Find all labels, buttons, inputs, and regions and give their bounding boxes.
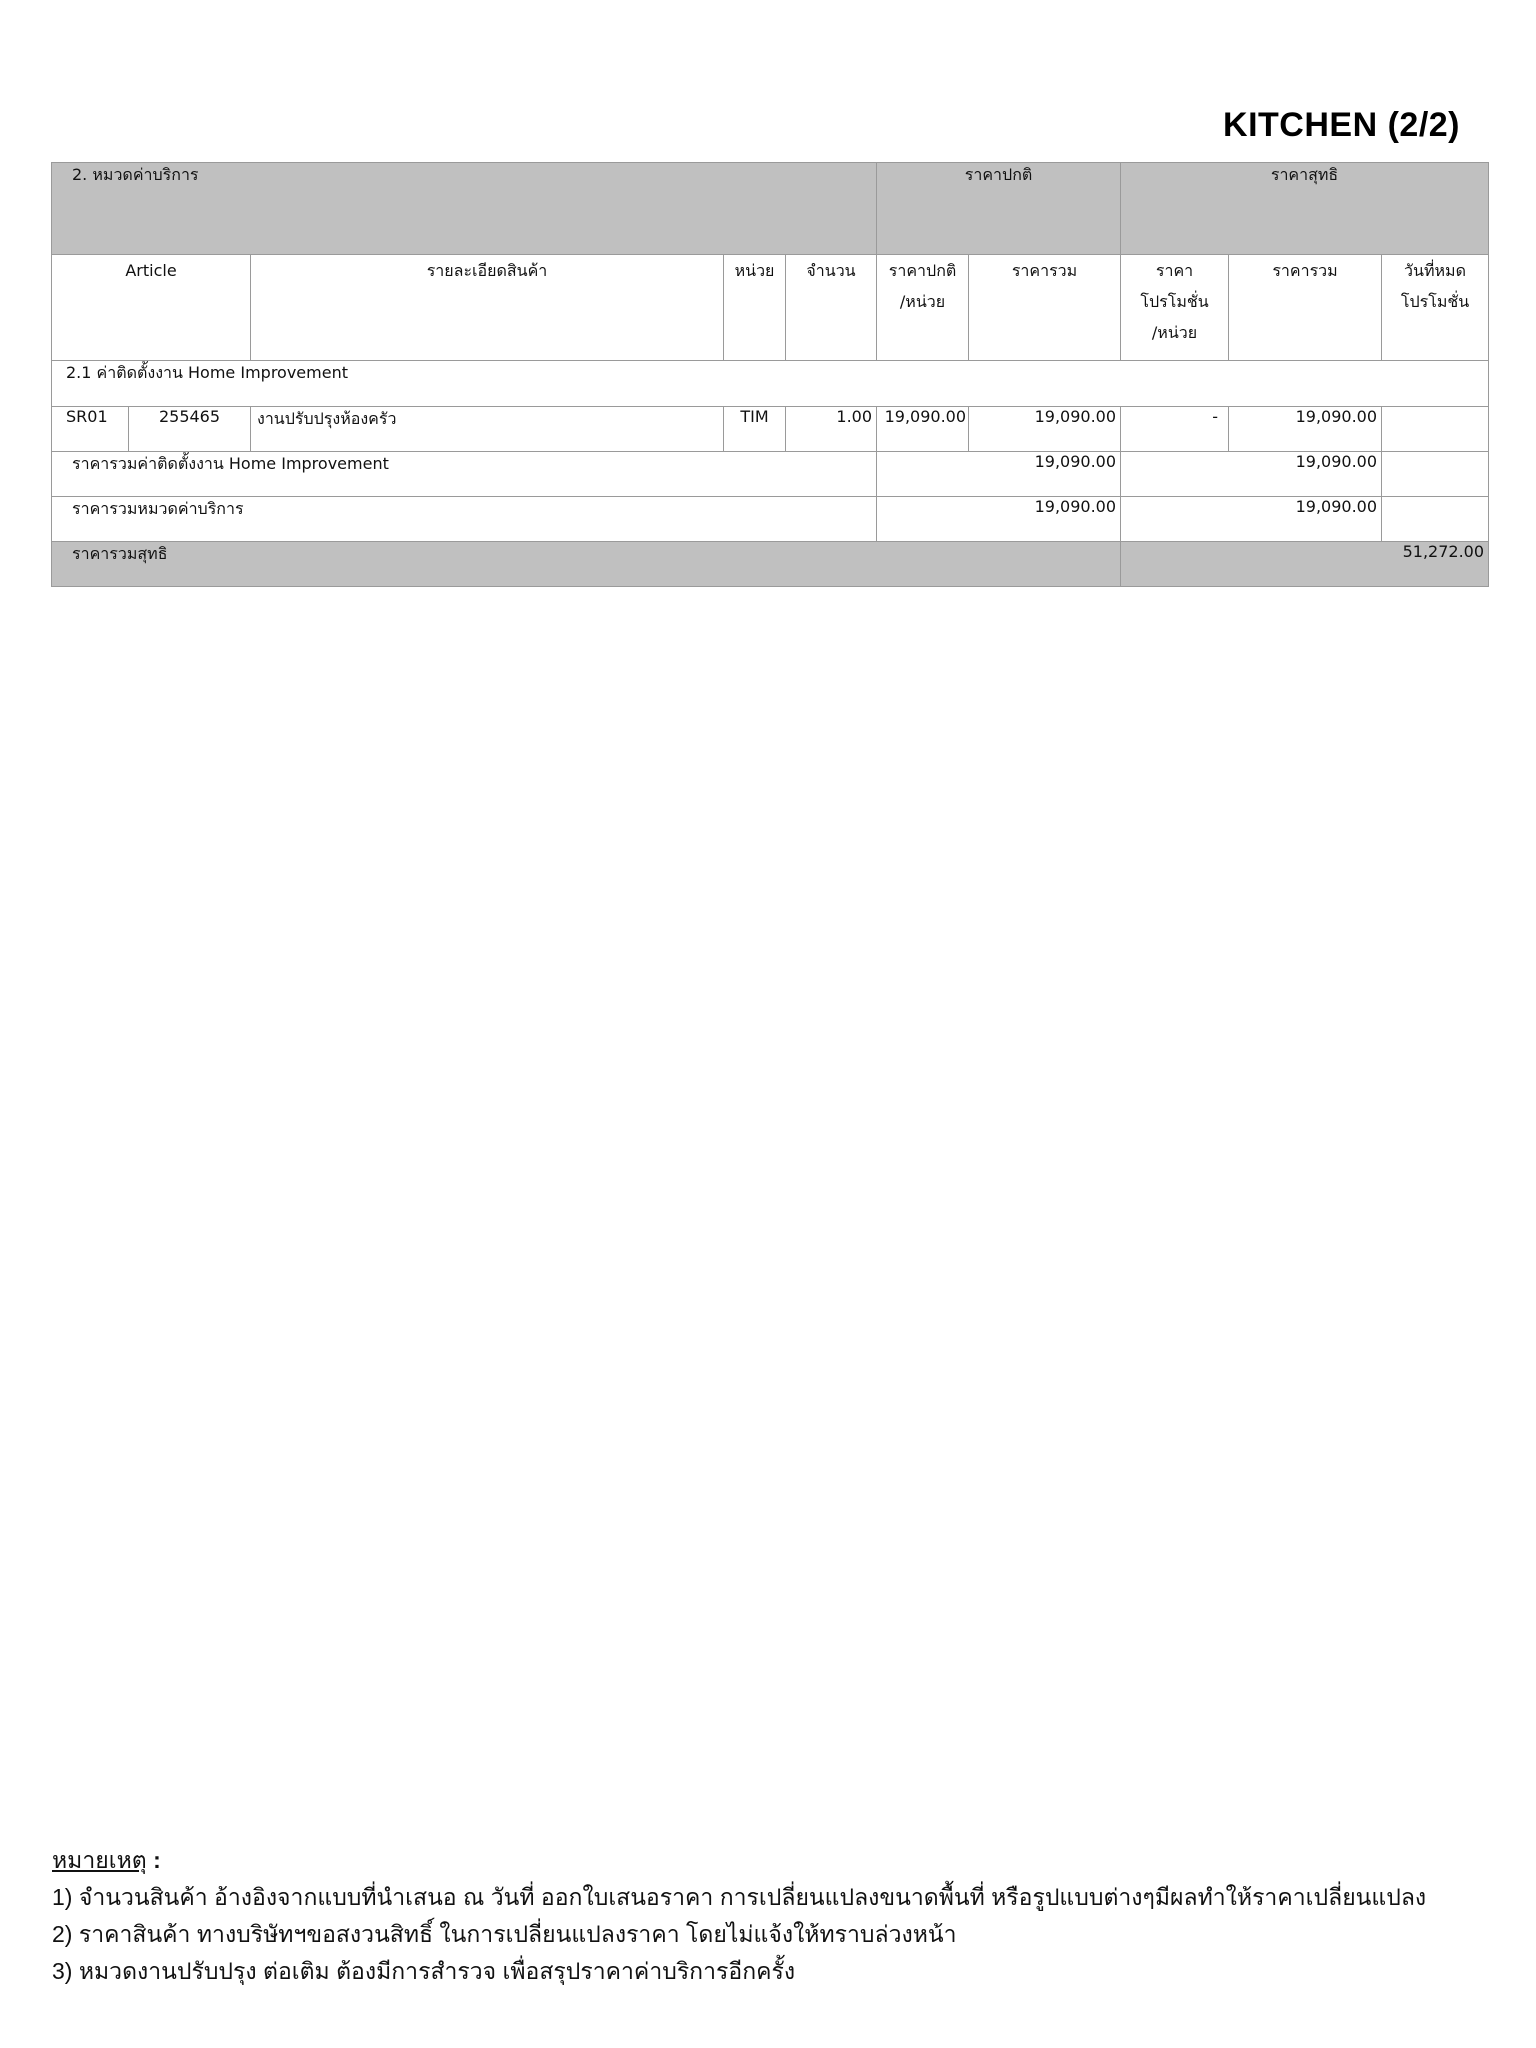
col-header-description: รายละเอียดสินค้า <box>251 255 724 361</box>
note-line-3: 3) หมวดงานปรับปรุง ต่อเติม ต้องมีการสำรว… <box>52 1953 1426 1990</box>
col-header-regular-unit-price-line2: /หน่วย <box>883 286 962 317</box>
col-header-unit: หน่วย <box>724 255 786 361</box>
grand-total-value: 51,272.00 <box>1121 542 1489 587</box>
item-code: SR01 <box>52 407 129 452</box>
category-total-label: ราคารวมหมวดค่าบริการ <box>52 497 877 542</box>
quotation-table: 2. หมวดค่าบริการ ราคาปกติ ราคาสุทธิ Arti… <box>51 162 1489 587</box>
category-header: 2. หมวดค่าบริการ <box>52 163 877 255</box>
grand-total-row: ราคารวมสุทธิ 51,272.00 <box>52 542 1489 587</box>
category-total-net: 19,090.00 <box>1121 497 1382 542</box>
item-article: 255465 <box>129 407 251 452</box>
note-line-2: 2) ราคาสินค้า ทางบริษัทฯขอสงวนสิทธิ์ ในก… <box>52 1916 1426 1953</box>
col-header-promo-end-date: วันที่หมด โปรโมชั่น <box>1382 255 1489 361</box>
grand-total-label: ราคารวมสุทธิ <box>52 542 1121 587</box>
col-header-quantity: จำนวน <box>786 255 877 361</box>
col-header-promo-unit-price-line1: ราคา <box>1127 255 1222 286</box>
regular-price-group-header: ราคาปกติ <box>877 163 1121 255</box>
item-description: งานปรับปรุงห้องครัว <box>251 407 724 452</box>
col-header-regular-unit-price: ราคาปกติ /หน่วย <box>877 255 969 361</box>
subtotal-label: ราคารวมค่าติดตั้งงาน Home Improvement <box>52 452 877 497</box>
notes-heading: หมายเหตุ : <box>52 1842 1426 1879</box>
col-header-regular-total: ราคารวม <box>969 255 1121 361</box>
section-title: 2.1 ค่าติดตั้งงาน Home Improvement <box>52 361 1489 407</box>
col-header-net-total: ราคารวม <box>1229 255 1382 361</box>
section-row: 2.1 ค่าติดตั้งงาน Home Improvement <box>52 361 1489 407</box>
category-header-row: 2. หมวดค่าบริการ ราคาปกติ ราคาสุทธิ <box>52 163 1489 255</box>
subtotal-regular: 19,090.00 <box>877 452 1121 497</box>
item-promo-end-date <box>1382 407 1489 452</box>
page-title: KITCHEN (2/2) <box>1223 106 1460 145</box>
notes-colon: : <box>147 1847 161 1873</box>
notes-title: หมายเหตุ <box>52 1847 147 1873</box>
col-header-promo-end-date-line2: โปรโมชั่น <box>1388 286 1482 317</box>
col-header-promo-end-date-line1: วันที่หมด <box>1388 255 1482 286</box>
item-quantity: 1.00 <box>786 407 877 452</box>
item-unit: TIM <box>724 407 786 452</box>
net-price-group-header: ราคาสุทธิ <box>1121 163 1489 255</box>
col-header-promo-unit-price: ราคา โปรโมชั่น /หน่วย <box>1121 255 1229 361</box>
col-header-promo-unit-price-line3: /หน่วย <box>1127 317 1222 348</box>
subtotal-row: ราคารวมค่าติดตั้งงาน Home Improvement 19… <box>52 452 1489 497</box>
notes: หมายเหตุ : 1) จำนวนสินค้า อ้างอิงจากแบบท… <box>52 1842 1426 1990</box>
column-header-row: Article รายละเอียดสินค้า หน่วย จำนวน ราค… <box>52 255 1489 361</box>
category-total-empty <box>1382 497 1489 542</box>
note-line-1: 1) จำนวนสินค้า อ้างอิงจากแบบที่นำเสนอ ณ … <box>52 1879 1426 1916</box>
category-total-regular: 19,090.00 <box>877 497 1121 542</box>
item-regular-unit-price: 19,090.00 <box>877 407 969 452</box>
subtotal-net: 19,090.00 <box>1121 452 1382 497</box>
item-promo-unit-price: - <box>1121 407 1229 452</box>
col-header-article: Article <box>52 255 251 361</box>
table-row: SR01 255465 งานปรับปรุงห้องครัว TIM 1.00… <box>52 407 1489 452</box>
item-net-total: 19,090.00 <box>1229 407 1382 452</box>
col-header-regular-unit-price-line1: ราคาปกติ <box>883 255 962 286</box>
item-regular-total: 19,090.00 <box>969 407 1121 452</box>
category-total-row: ราคารวมหมวดค่าบริการ 19,090.00 19,090.00 <box>52 497 1489 542</box>
subtotal-empty <box>1382 452 1489 497</box>
col-header-promo-unit-price-line2: โปรโมชั่น <box>1127 286 1222 317</box>
